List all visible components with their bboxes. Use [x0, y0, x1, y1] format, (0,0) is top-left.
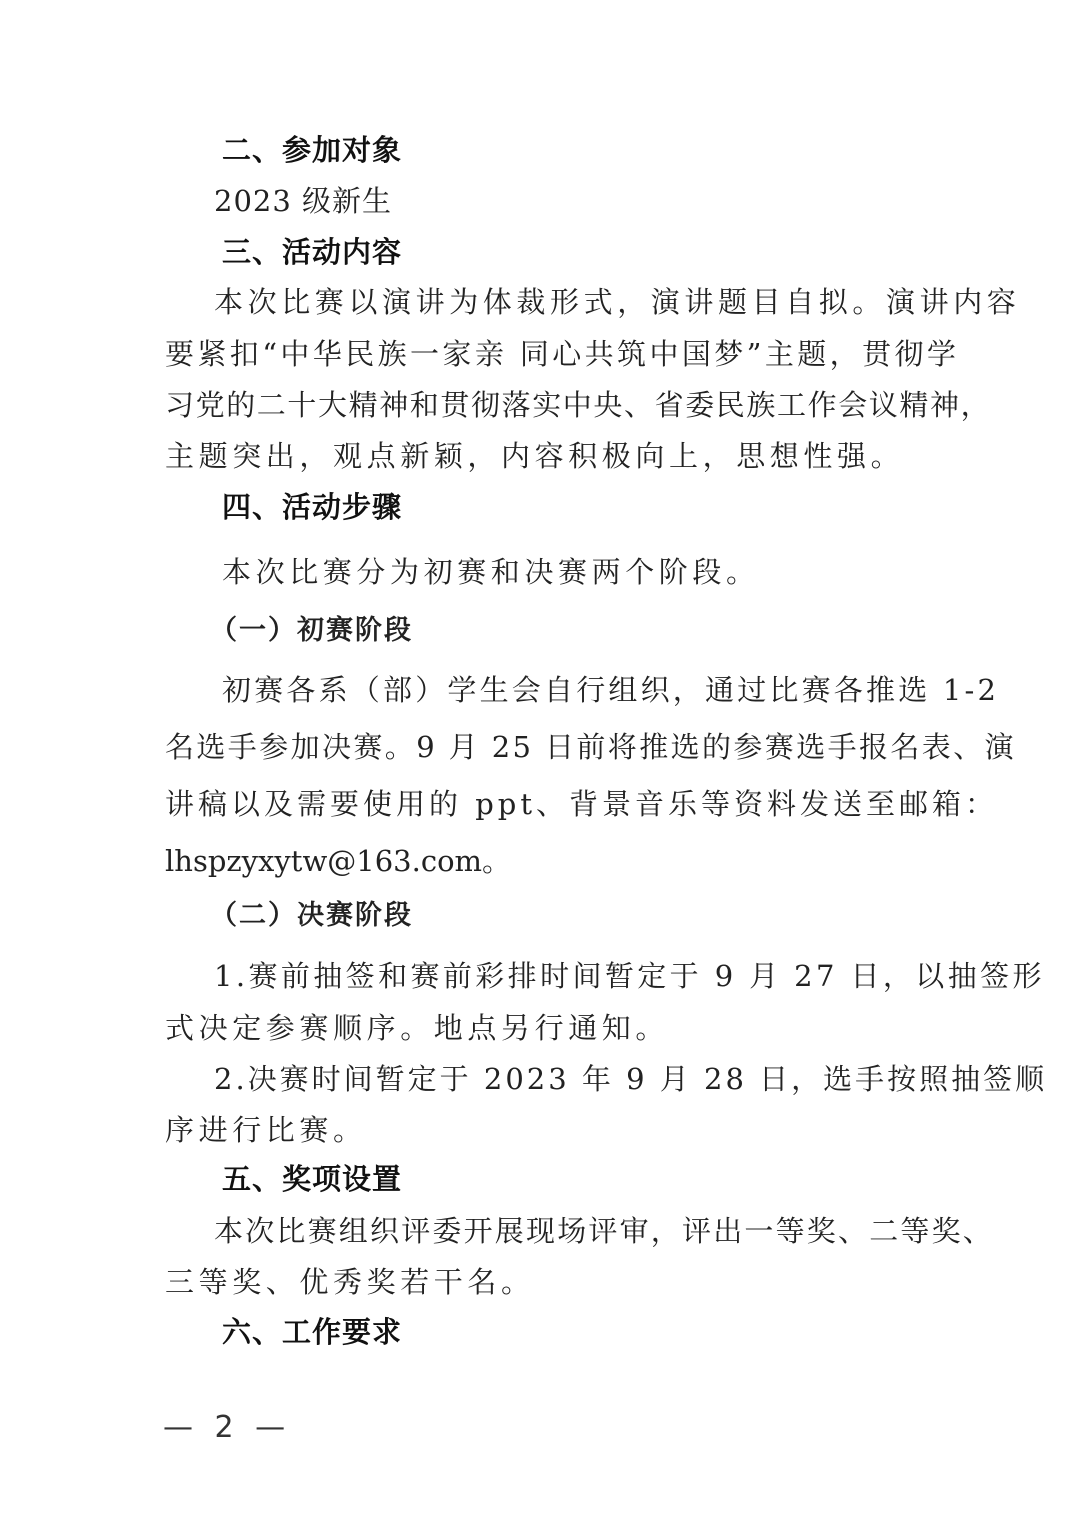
content-line-3: 习党的二十大精神和贯彻落实中央、省委民族工作会议精神， [165, 387, 991, 423]
section-heading-awards: 五、奖项设置 [222, 1161, 402, 1197]
awards-line-2: 三等奖、优秀奖若干名。 [165, 1264, 535, 1300]
content-line-2: 要紧扣“中华民族一家亲 同心共筑中国梦”主题，贯彻学 [165, 336, 959, 372]
section-heading-steps: 四、活动步骤 [222, 489, 402, 525]
section-heading-participants: 二、参加对象 [222, 132, 402, 168]
preliminary-line-3: 讲稿以及需要使用的 ppt、背景音乐等资料发送至邮箱： [165, 786, 998, 822]
final-line-3: 2.决赛时间暂定于 2023 年 9 月 28 日，选手按照抽签顺 [214, 1061, 1047, 1097]
subheading-preliminary: （一）初赛阶段 [210, 613, 413, 649]
final-line-2: 式决定参赛顺序。地点另行通知。 [165, 1010, 669, 1046]
preliminary-line-1: 初赛各系（部）学生会自行组织，通过比赛各推选 1-2 [222, 672, 999, 708]
awards-line-1: 本次比赛组织评委开展现场评审，评出一等奖、二等奖、 [214, 1213, 994, 1249]
steps-intro: 本次比赛分为初赛和决赛两个阶段。 [222, 554, 760, 590]
email-address: lhspzyxytw@163.com。 [165, 843, 511, 879]
document-page: 二、参加对象 2023 级新生 三、活动内容 本次比赛以演讲为体裁形式，演讲题目… [0, 0, 1080, 1513]
subheading-final: （二）决赛阶段 [210, 898, 413, 934]
preliminary-line-2: 名选手参加决赛。9 月 25 日前将推选的参赛选手报名表、演 [165, 729, 1016, 765]
page-number: — 2 — [163, 1410, 291, 1445]
final-line-4: 序进行比赛。 [165, 1112, 367, 1148]
participants-text: 2023 级新生 [214, 183, 392, 219]
section-heading-requirements: 六、工作要求 [222, 1314, 402, 1350]
content-line-4: 主题突出，观点新颖，内容积极向上，思想性强。 [165, 438, 904, 474]
content-line-1: 本次比赛以演讲为体裁形式，演讲题目自拟。演讲内容 [214, 284, 1020, 320]
final-line-1: 1.赛前抽签和赛前彩排时间暂定于 9 月 27 日，以抽签形 [214, 958, 1045, 994]
section-heading-content: 三、活动内容 [222, 234, 402, 270]
